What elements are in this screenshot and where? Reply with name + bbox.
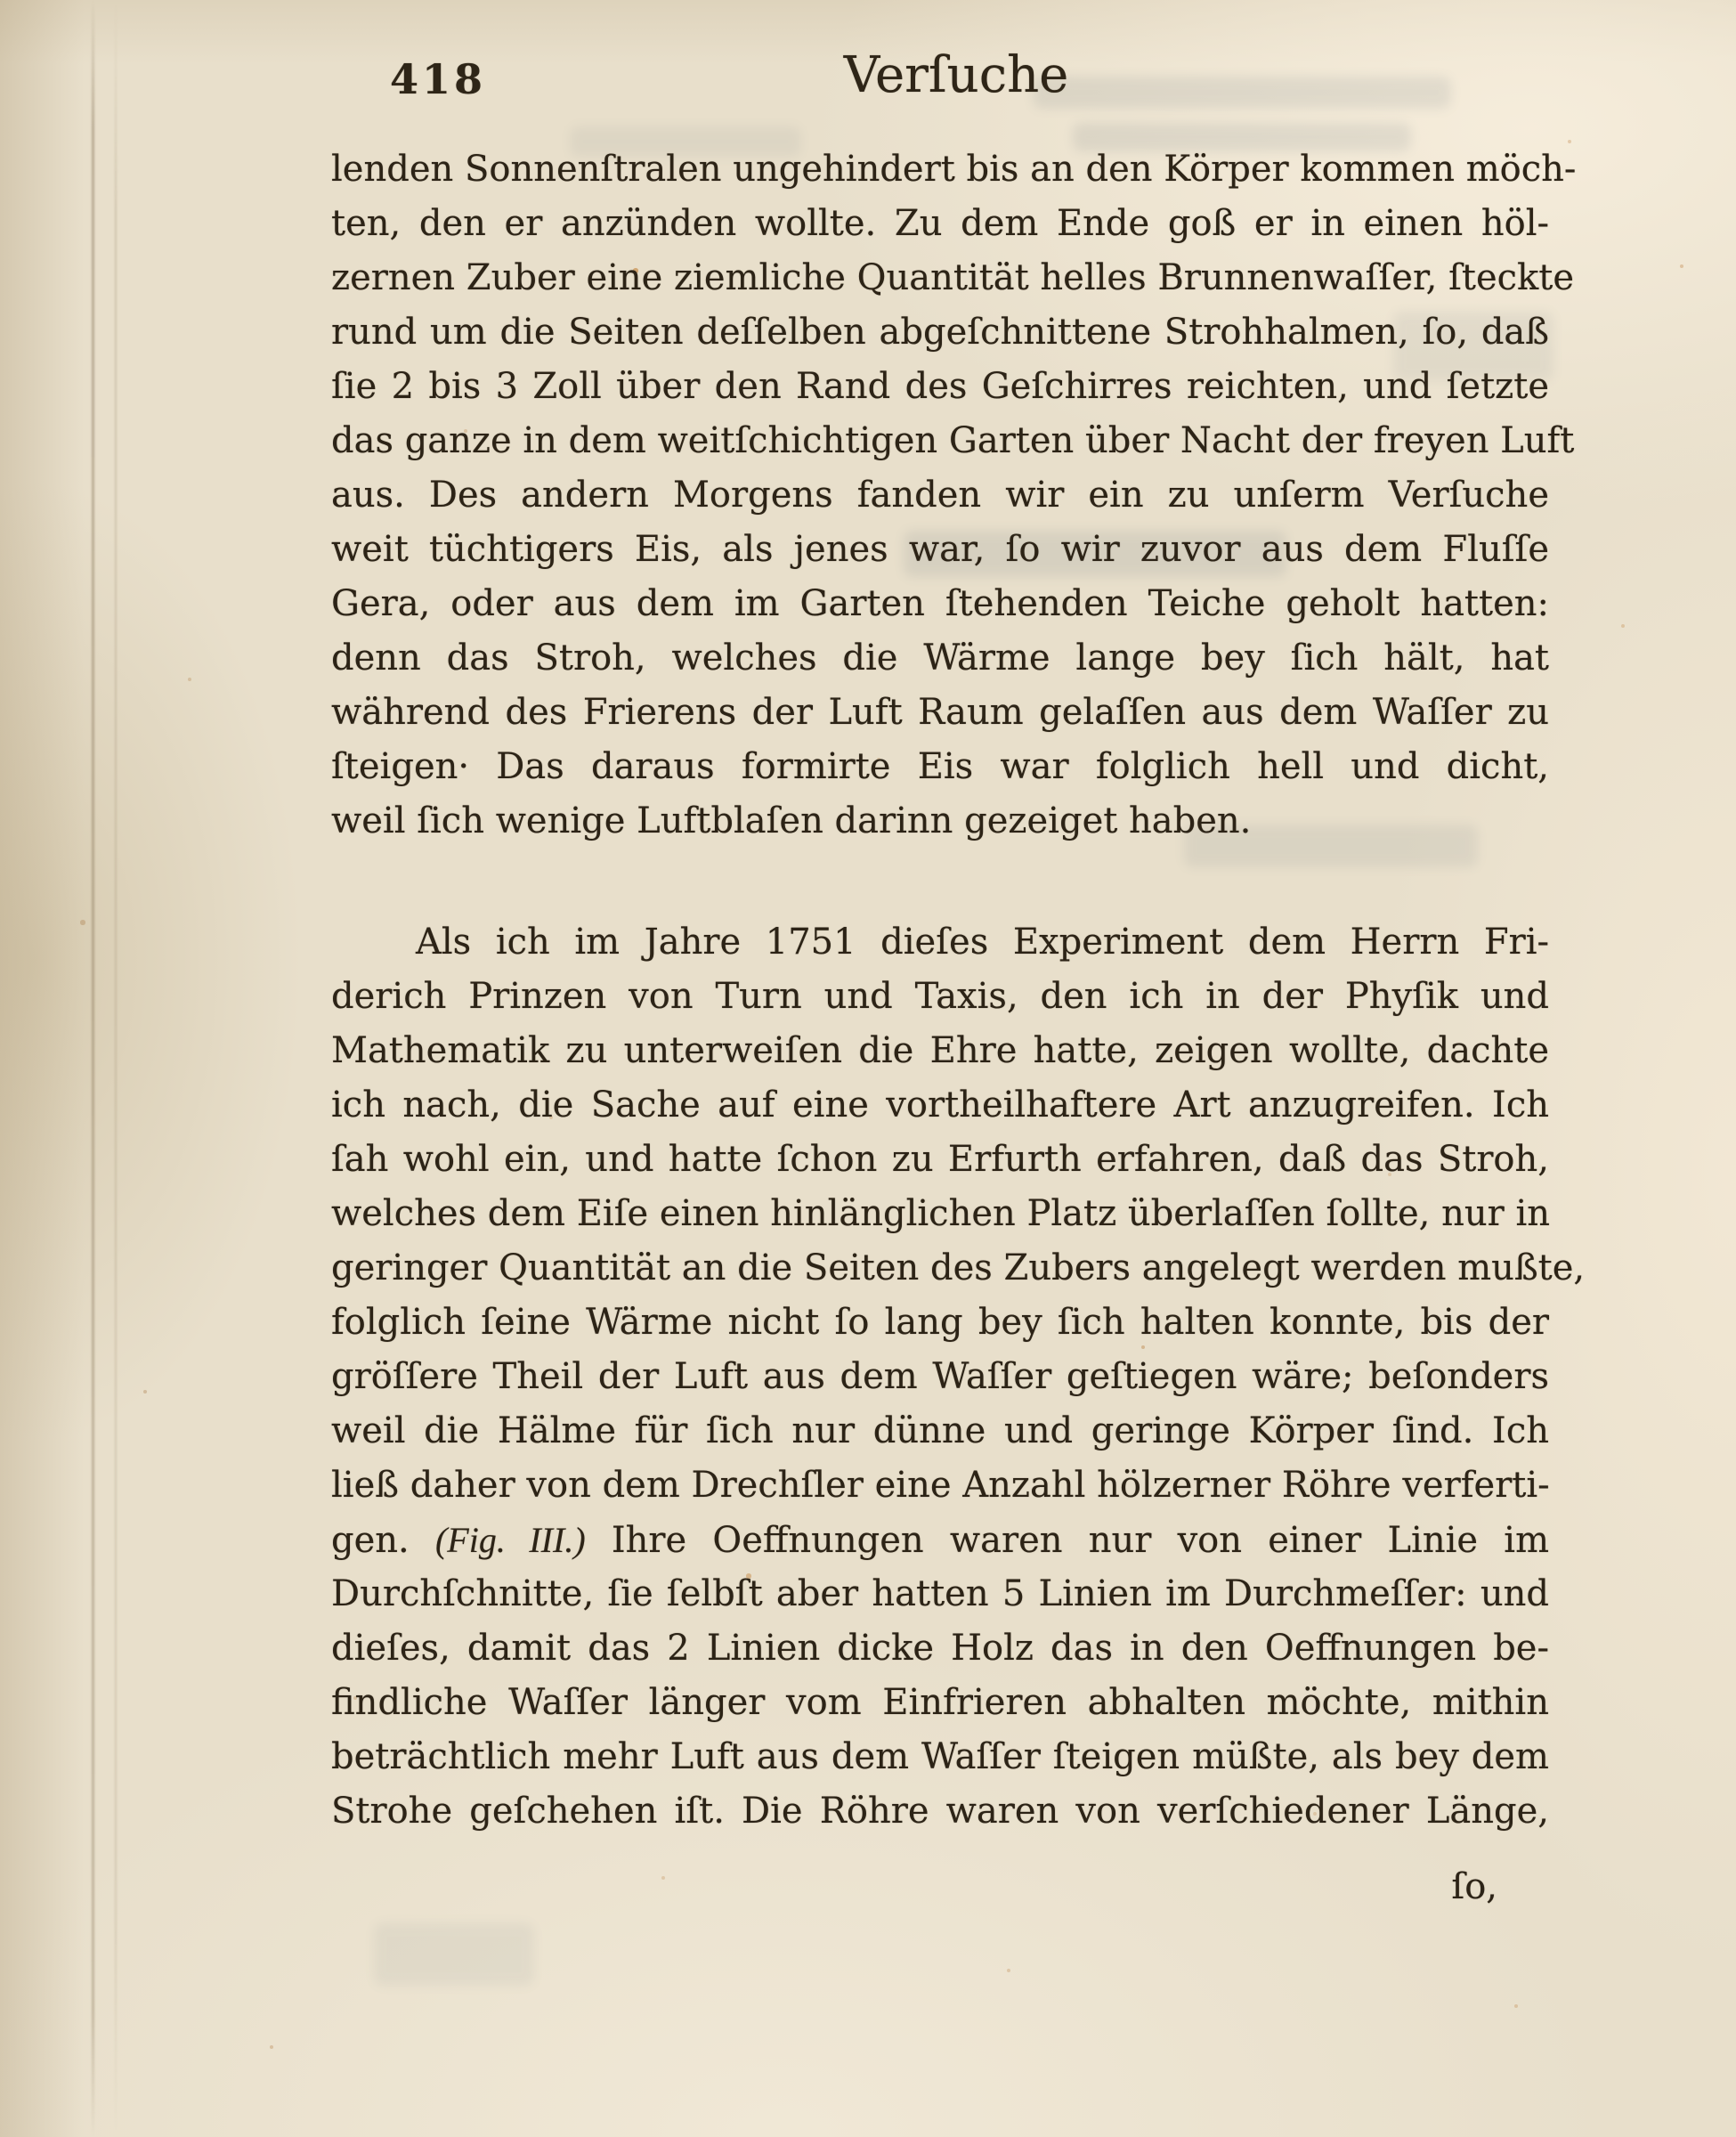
text-line: Als ich im Jahre 1751 dieſes Experiment … [331,915,1549,970]
catchword: ſo, [331,1866,1497,1907]
text-line: lenden Sonnenſtralen ungehindert bis an … [331,142,1549,197]
text-line: weit tüchtigers Eis, als jenes war, ſo w… [331,523,1549,577]
text-line: dieſes, damit das 2 Linien dicke Holz da… [331,1621,1549,1676]
binding-gutter-shading [0,0,85,2137]
text-line: zernen Zuber eine ziemliche Quantität he… [331,251,1549,305]
text-line: weil die Hälme für ſich nur dünne und ge… [331,1404,1549,1459]
text-line: das ganze in dem weitſchichtigen Garten … [331,414,1549,468]
figure-reference: (Fig. III.) [435,1520,586,1560]
text-line: ſah wohl ein, und hatte ſchon zu Erfurth… [331,1133,1549,1187]
binding-crease-line-2 [115,0,117,2137]
text-line: ließ daher von dem Drechſler eine Anzahl… [331,1459,1549,1513]
text-line: welches dem Eiſe einen hinlänglichen Pla… [331,1187,1549,1241]
text-line: Gera, oder aus dem im Garten ſtehenden T… [331,577,1549,631]
text-line: Strohe geſchehen iſt. Die Röhre waren vo… [331,1784,1549,1839]
text-line: Durchſchnitte, ſie ſelbſt aber hatten 5 … [331,1567,1549,1621]
text-line: gröſſere Theil der Luft aus dem Waſſer g… [331,1350,1549,1404]
paragraph-2: Als ich im Jahre 1751 dieſes Experiment … [331,915,1549,1839]
book-page-scan: 418 Verſuche lenden Sonnenſtralen ungehi… [0,0,1736,2137]
text-line: Mathematik zu unterweiſen die Ehre hatte… [331,1024,1549,1078]
text-line: denn das Stroh, welches die Wärme lange … [331,631,1549,686]
binding-crease-line [92,0,94,2137]
text-segment: gen. [331,1520,435,1561]
text-line: findliche Waſſer länger vom Einfrieren a… [331,1676,1549,1730]
paper-specks [0,0,2,2]
text-line: während des Frierens der Luft Raum gelaſ… [331,686,1549,740]
text-line: ſteigen· Das daraus formirte Eis war fol… [331,740,1549,794]
text-line: ſie 2 bis 3 Zoll über den Rand des Geſch… [331,360,1549,414]
text-line: rund um die Seiten deſſelben abgeſchnitt… [331,305,1549,360]
text-line: aus. Des andern Morgens fanden wir ein z… [331,468,1549,523]
paragraph-1: lenden Sonnenſtralen ungehindert bis an … [331,142,1549,849]
text-line-with-figure-ref: gen. (Fig. III.) Ihre Oeffnungen waren n… [331,1513,1549,1567]
text-line: beträchtlich mehr Luft aus dem Waſſer ſt… [331,1730,1549,1784]
running-title: Verſuche [347,46,1565,104]
text-line: derich Prinzen von Turn und Taxis, den i… [331,970,1549,1024]
text-line: folglich ſeine Wärme nicht ſo lang bey ſ… [331,1296,1549,1350]
text-line: ich nach, die Sache auf eine vortheilhaf… [331,1078,1549,1133]
ink-bleedthrough [374,1923,534,1986]
text-line: geringer Quantität an die Seiten des Zub… [331,1241,1549,1296]
text-line: ten, den er anzünden wollte. Zu dem Ende… [331,197,1549,251]
text-segment: Ihre Oeffnungen waren nur von einer Lini… [586,1520,1549,1561]
text-line: weil ſich wenige Luftblaſen darinn gezei… [331,794,1549,849]
